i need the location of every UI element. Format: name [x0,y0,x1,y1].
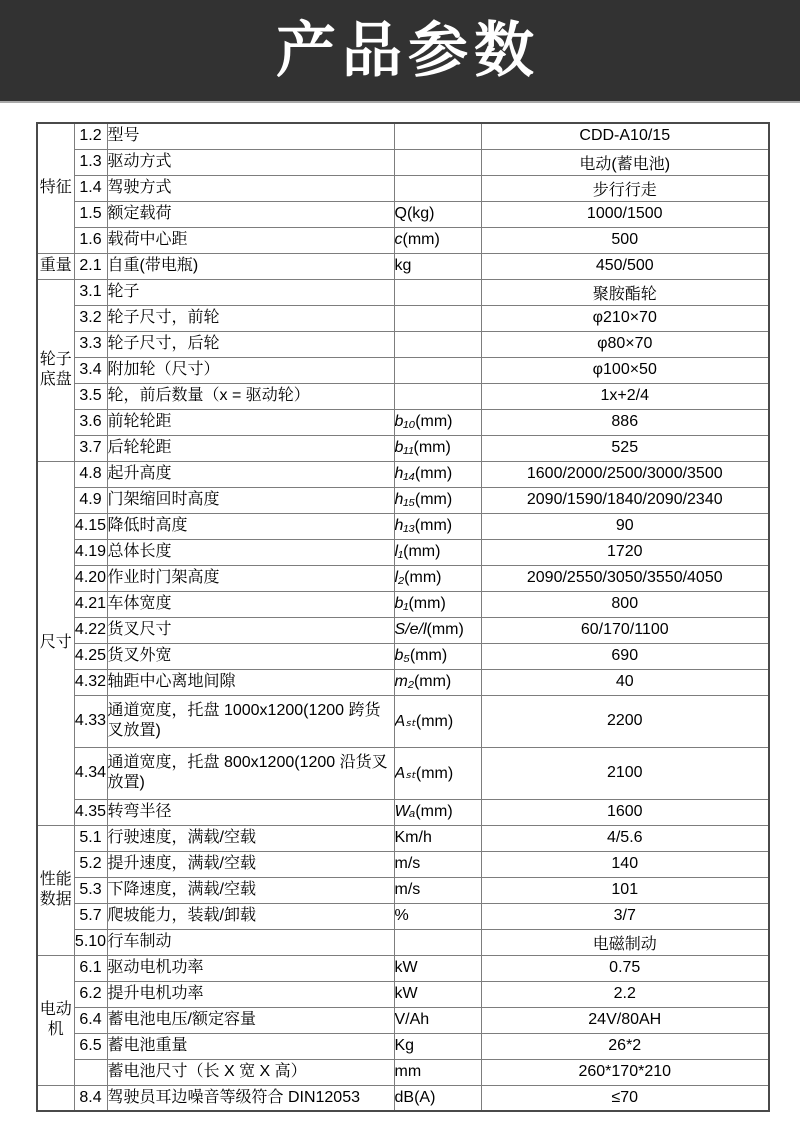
symbol-cell [394,383,481,409]
category-cell: 轮子底盘 [37,279,74,461]
param-name-cell: 驾驶员耳边噪音等级符合 DIN12053 [107,1085,394,1111]
category-cell: 电动机 [37,955,74,1085]
table-row: 3.6 前轮轮距 b₁₀(mm) 886 [37,409,769,435]
row-number-cell: 3.7 [74,435,107,461]
table-row: 4.21 车体宽度 b₁(mm) 800 [37,591,769,617]
param-name-cell: 蓄电池尺寸（长 X 宽 X 高） [107,1059,394,1085]
symbol-cell: l₂(mm) [394,565,481,591]
row-number-cell: 4.15 [74,513,107,539]
spec-table: 特征 1.2 型号 CDD-A10/15 1.3 驱动方式 电动(蓄电池) 1.… [36,122,770,1112]
symbol-cell [394,357,481,383]
value-cell: 1000/1500 [481,201,769,227]
symbol-cell [394,149,481,175]
table-row: 6.4 蓄电池电压/额定容量 V/Ah 24V/80AH [37,1007,769,1033]
row-number-cell: 3.6 [74,409,107,435]
param-name-cell: 提升电机功率 [107,981,394,1007]
param-name-cell: 前轮轮距 [107,409,394,435]
symbol-cell [394,175,481,201]
symbol-cell: l₁(mm) [394,539,481,565]
param-name-cell: 降低时高度 [107,513,394,539]
value-cell: 500 [481,227,769,253]
symbol-cell [394,331,481,357]
row-number-cell: 1.4 [74,175,107,201]
value-cell: 40 [481,669,769,695]
value-cell: 0.75 [481,955,769,981]
page-header-banner: 产品参数 [0,0,800,103]
symbol-cell [394,279,481,305]
value-cell: 24V/80AH [481,1007,769,1033]
row-number-cell: 2.1 [74,253,107,279]
param-name-cell: 通道宽度，托盘 1000x1200(1200 跨货叉放置) [107,695,394,747]
param-name-cell: 轮，前后数量（x = 驱动轮） [107,383,394,409]
symbol-cell: mm [394,1059,481,1085]
value-cell: 2090/2550/3050/3550/4050 [481,565,769,591]
value-cell: 800 [481,591,769,617]
param-name-cell: 蓄电池电压/额定容量 [107,1007,394,1033]
row-number-cell: 5.3 [74,877,107,903]
value-cell: 1600/2000/2500/3000/3500 [481,461,769,487]
row-number-cell: 1.6 [74,227,107,253]
row-number-cell: 3.3 [74,331,107,357]
row-number-cell: 4.33 [74,695,107,747]
row-number-cell: 3.4 [74,357,107,383]
param-name-cell: 门架缩回时高度 [107,487,394,513]
row-number-cell: 6.5 [74,1033,107,1059]
row-number-cell: 4.20 [74,565,107,591]
value-cell: φ210×70 [481,305,769,331]
value-cell: 2.2 [481,981,769,1007]
page-title: 产品参数 [276,21,540,81]
table-row: 4.15 降低时高度 h₁₃(mm) 90 [37,513,769,539]
value-cell: 4/5.6 [481,825,769,851]
row-number-cell: 3.5 [74,383,107,409]
param-name-cell: 货叉尺寸 [107,617,394,643]
value-cell: 1720 [481,539,769,565]
table-row: 4.9 门架缩回时高度 h₁₅(mm) 2090/1590/1840/2090/… [37,487,769,513]
value-cell: 聚胺酯轮 [481,279,769,305]
symbol-cell: Wₐ(mm) [394,799,481,825]
table-row: 1.3 驱动方式 电动(蓄电池) [37,149,769,175]
table-row: 1.6 载荷中心距 c(mm) 500 [37,227,769,253]
value-cell: 2090/1590/1840/2090/2340 [481,487,769,513]
param-name-cell: 行车制动 [107,929,394,955]
table-row: 4.32 轴距中心离地间隙 m₂(mm) 40 [37,669,769,695]
value-cell: 260*170*210 [481,1059,769,1085]
param-name-cell: 总体长度 [107,539,394,565]
table-row: 3.5 轮，前后数量（x = 驱动轮） 1x+2/4 [37,383,769,409]
row-number-cell: 4.21 [74,591,107,617]
row-number-cell: 8.4 [74,1085,107,1111]
param-name-cell: 货叉外宽 [107,643,394,669]
table-row: 5.10 行车制动 电磁制动 [37,929,769,955]
row-number-cell: 1.5 [74,201,107,227]
table-row: 3.4 附加轮（尺寸） φ100×50 [37,357,769,383]
row-number-cell: 3.2 [74,305,107,331]
row-number-cell: 4.8 [74,461,107,487]
param-name-cell: 起升高度 [107,461,394,487]
row-number-cell: 3.1 [74,279,107,305]
value-cell: 60/170/1100 [481,617,769,643]
table-row: 1.5 额定载荷 Q(kg) 1000/1500 [37,201,769,227]
symbol-cell: Aₛₜ(mm) [394,695,481,747]
category-cell: 重量 [37,253,74,279]
param-name-cell: 车体宽度 [107,591,394,617]
value-cell: 450/500 [481,253,769,279]
value-cell: 2200 [481,695,769,747]
param-name-cell: 轴距中心离地间隙 [107,669,394,695]
table-row: 4.25 货叉外宽 b₅(mm) 690 [37,643,769,669]
symbol-cell [394,929,481,955]
param-name-cell: 通道宽度，托盘 800x1200(1200 沿货叉放置) [107,747,394,799]
category-cell: 性能数据 [37,825,74,955]
symbol-cell: kW [394,955,481,981]
table-row: 3.2 轮子尺寸，前轮 φ210×70 [37,305,769,331]
value-cell: 90 [481,513,769,539]
param-name-cell: 附加轮（尺寸） [107,357,394,383]
param-name-cell: 额定载荷 [107,201,394,227]
symbol-cell: % [394,903,481,929]
table-row: 轮子底盘 3.1 轮子 聚胺酯轮 [37,279,769,305]
value-cell: 2100 [481,747,769,799]
category-cell: 特征 [37,123,74,253]
symbol-cell: V/Ah [394,1007,481,1033]
symbol-cell: m₂(mm) [394,669,481,695]
row-number-cell: 5.2 [74,851,107,877]
table-row: 电动机 6.1 驱动电机功率 kW 0.75 [37,955,769,981]
symbol-cell: Q(kg) [394,201,481,227]
param-name-cell: 轮子尺寸，后轮 [107,331,394,357]
symbol-cell: b₅(mm) [394,643,481,669]
param-name-cell: 自重(带电瓶) [107,253,394,279]
row-number-cell: 5.1 [74,825,107,851]
value-cell: 101 [481,877,769,903]
param-name-cell: 提升速度，满载/空载 [107,851,394,877]
row-number-cell: 5.7 [74,903,107,929]
table-row: 5.7 爬坡能力，装载/卸载 % 3/7 [37,903,769,929]
param-name-cell: 驱动电机功率 [107,955,394,981]
table-row: 3.7 后轮轮距 b₁₁(mm) 525 [37,435,769,461]
value-cell: 电磁制动 [481,929,769,955]
symbol-cell: S/e/l(mm) [394,617,481,643]
row-number-cell: 6.1 [74,955,107,981]
symbol-cell: h₁₄(mm) [394,461,481,487]
param-name-cell: 后轮轮距 [107,435,394,461]
row-number-cell [74,1059,107,1085]
value-cell: φ80×70 [481,331,769,357]
param-name-cell: 型号 [107,123,394,149]
symbol-cell [394,123,481,149]
symbol-cell: b₁(mm) [394,591,481,617]
table-row: 尺寸 4.8 起升高度 h₁₄(mm) 1600/2000/2500/3000/… [37,461,769,487]
table-row: 5.3 下降速度，满载/空载 m/s 101 [37,877,769,903]
symbol-cell: h₁₃(mm) [394,513,481,539]
table-row: 4.22 货叉尺寸 S/e/l(mm) 60/170/1100 [37,617,769,643]
category-cell [37,1085,74,1111]
param-name-cell: 轮子 [107,279,394,305]
table-row: 蓄电池尺寸（长 X 宽 X 高） mm 260*170*210 [37,1059,769,1085]
param-name-cell: 下降速度，满载/空载 [107,877,394,903]
value-cell: 步行行走 [481,175,769,201]
symbol-cell: Kg [394,1033,481,1059]
row-number-cell: 4.32 [74,669,107,695]
row-number-cell: 5.10 [74,929,107,955]
param-name-cell: 作业时门架高度 [107,565,394,591]
symbol-cell: b₁₁(mm) [394,435,481,461]
row-number-cell: 6.4 [74,1007,107,1033]
row-number-cell: 1.2 [74,123,107,149]
value-cell: ≤70 [481,1085,769,1111]
value-cell: 26*2 [481,1033,769,1059]
table-row: 6.2 提升电机功率 kW 2.2 [37,981,769,1007]
table-row: 3.3 轮子尺寸，后轮 φ80×70 [37,331,769,357]
value-cell: 140 [481,851,769,877]
category-cell: 尺寸 [37,461,74,825]
value-cell: 525 [481,435,769,461]
param-name-cell: 驾驶方式 [107,175,394,201]
symbol-cell: c(mm) [394,227,481,253]
value-cell: φ100×50 [481,357,769,383]
row-number-cell: 4.9 [74,487,107,513]
table-row: 4.34 通道宽度，托盘 800x1200(1200 沿货叉放置) Aₛₜ(mm… [37,747,769,799]
row-number-cell: 1.3 [74,149,107,175]
param-name-cell: 爬坡能力，装载/卸载 [107,903,394,929]
value-cell: CDD-A10/15 [481,123,769,149]
row-number-cell: 4.22 [74,617,107,643]
param-name-cell: 轮子尺寸，前轮 [107,305,394,331]
symbol-cell: kg [394,253,481,279]
value-cell: 3/7 [481,903,769,929]
row-number-cell: 4.34 [74,747,107,799]
value-cell: 886 [481,409,769,435]
param-name-cell: 行驶速度，满载/空载 [107,825,394,851]
symbol-cell: m/s [394,877,481,903]
param-name-cell: 蓄电池重量 [107,1033,394,1059]
table-row: 1.4 驾驶方式 步行行走 [37,175,769,201]
symbol-cell: h₁₅(mm) [394,487,481,513]
table-row: 4.33 通道宽度，托盘 1000x1200(1200 跨货叉放置) Aₛₜ(m… [37,695,769,747]
table-row: 4.35 转弯半径 Wₐ(mm) 1600 [37,799,769,825]
table-row: 8.4 驾驶员耳边噪音等级符合 DIN12053 dB(A) ≤70 [37,1085,769,1111]
row-number-cell: 6.2 [74,981,107,1007]
row-number-cell: 4.19 [74,539,107,565]
param-name-cell: 载荷中心距 [107,227,394,253]
value-cell: 690 [481,643,769,669]
row-number-cell: 4.35 [74,799,107,825]
symbol-cell: m/s [394,851,481,877]
table-row: 4.19 总体长度 l₁(mm) 1720 [37,539,769,565]
table-row: 重量 2.1 自重(带电瓶) kg 450/500 [37,253,769,279]
symbol-cell: Aₛₜ(mm) [394,747,481,799]
value-cell: 电动(蓄电池) [481,149,769,175]
table-row: 性能数据 5.1 行驶速度，满载/空载 Km/h 4/5.6 [37,825,769,851]
value-cell: 1x+2/4 [481,383,769,409]
symbol-cell: b₁₀(mm) [394,409,481,435]
symbol-cell [394,305,481,331]
param-name-cell: 驱动方式 [107,149,394,175]
row-number-cell: 4.25 [74,643,107,669]
table-row: 特征 1.2 型号 CDD-A10/15 [37,123,769,149]
symbol-cell: dB(A) [394,1085,481,1111]
table-row: 6.5 蓄电池重量 Kg 26*2 [37,1033,769,1059]
symbol-cell: Km/h [394,825,481,851]
table-row: 4.20 作业时门架高度 l₂(mm) 2090/2550/3050/3550/… [37,565,769,591]
table-row: 5.2 提升速度，满载/空载 m/s 140 [37,851,769,877]
param-name-cell: 转弯半径 [107,799,394,825]
symbol-cell: kW [394,981,481,1007]
value-cell: 1600 [481,799,769,825]
